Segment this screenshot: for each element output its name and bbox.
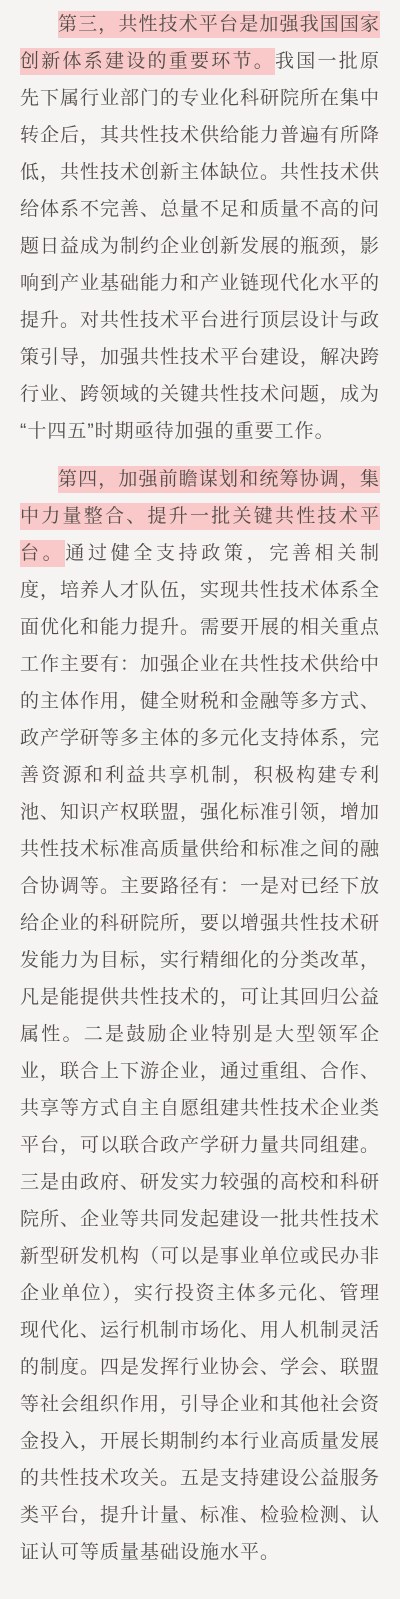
paragraph-body-text: 我国一批原先下属行业部门的专业化科研院所在集中转企后，其共性技术供给能力普遍有所… [20,51,380,442]
paragraph-body-text: 通过健全支持政策，完善相关制度，培养人才队伍，实现共性技术体系全面优化和能力提升… [20,543,380,1563]
paragraph-fourth-point: 第四，加强前瞻谋划和统筹协调，集中力量整合、提升一批关键共性技术平台。通过健全支… [20,461,380,1571]
paragraph-third-point: 第三，共性技术平台是加强我国国家创新体系建设的重要环节。我国一批原先下属行业部门… [20,6,380,450]
article-body: 第三，共性技术平台是加强我国国家创新体系建设的重要环节。我国一批原先下属行业部门… [0,0,400,1599]
